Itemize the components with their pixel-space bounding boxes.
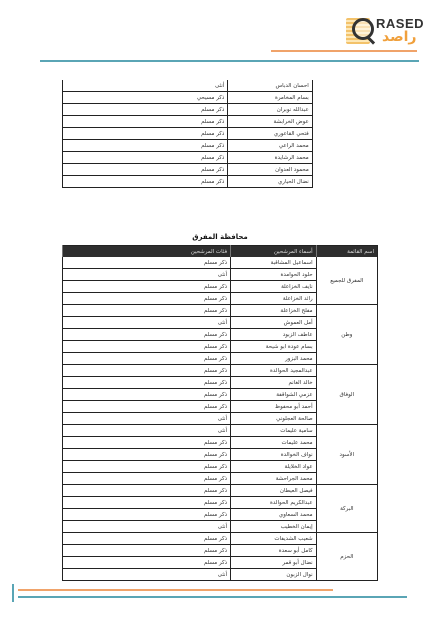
list-name: المفرق للجميع [316,257,377,305]
candidate-category: أنثى [63,269,231,281]
candidate-category: ذكر مسلم [63,164,228,176]
candidate-category: ذكر مسلم [63,116,228,128]
candidate-category: ذكر مسلم [63,389,231,401]
candidate-category: أنثى [63,413,231,425]
candidate-name: مفلح الخزاعلة [231,305,317,317]
candidate-category: ذكر مسلم [63,437,231,449]
list-cell [312,80,378,188]
header-name: أسماء المرشحين [231,246,317,258]
candidate-category: ذكر مسلم [63,341,231,353]
header-divider-teal [40,60,419,62]
header-list: اسم القائمة [316,246,377,258]
candidate-category: ذكر مسلم [63,281,231,293]
candidate-name: نضال الحياري [228,176,312,188]
candidate-name: صالحة العجلوني [231,413,317,425]
candidate-category: ذكر مسيحي [63,92,228,104]
candidate-name: نواف الخوالدة [231,449,317,461]
list-name: البركة [316,485,377,533]
candidate-name: أمل العموش [231,317,317,329]
rased-logo: RASED راصد [346,14,434,48]
section-title: محافظة المفرق [62,233,378,241]
candidate-category: أنثى [63,569,231,581]
candidate-category: ذكر مسلم [63,401,231,413]
candidates-table-continued: احسان الدباسأنثىبسام المخامرةذكر مسيحيعب… [62,80,378,188]
candidate-name: محمد الرشايدة [228,152,312,164]
candidate-category: ذكر مسلم [63,152,228,164]
candidate-category: أنثى [63,80,228,92]
candidate-category: ذكر مسلم [63,353,231,365]
candidate-category: ذكر مسلم [63,305,231,317]
list-name: الحزم [316,533,377,581]
candidate-name: شعيب الشديفات [231,533,317,545]
candidate-name: عاطف الزبود [231,329,317,341]
candidate-name: رائد الخزاعلة [231,293,317,305]
candidate-name: إيمان الخطيب [231,521,317,533]
table-header-row: اسم القائمة أسماء المرشحين فئات المرشحين [63,246,378,258]
candidate-category: ذكر مسلم [63,557,231,569]
candidate-name: عوض الخرابشة [228,116,312,128]
candidate-name: عبدالله نوبران [228,104,312,116]
candidate-name: اسماعيل المشاقبة [231,257,317,269]
list-name: الأسود [316,425,377,485]
list-name: الوفاق [316,365,377,425]
candidate-name: سامية عليمات [231,425,317,437]
candidate-category: ذكر مسلم [63,485,231,497]
candidate-name: نايف الخزاعلة [231,281,317,293]
candidate-category: ذكر مسلم [63,545,231,557]
candidate-category: ذكر مسلم [63,176,228,188]
candidate-category: ذكر مسلم [63,377,231,389]
candidate-category: ذكر مسلم [63,104,228,116]
candidate-category: ذكر مسلم [63,473,231,485]
candidate-name: خالد الغانم [231,377,317,389]
footer-divider-orange [18,589,333,591]
mafraq-candidates-table: اسم القائمة أسماء المرشحين فئات المرشحين… [62,245,378,581]
candidate-category: ذكر مسلم [63,449,231,461]
candidate-name: نوال الزبون [231,569,317,581]
candidate-name: محمد عليمات [231,437,317,449]
table-row: الوفاقعبدالمجيد الحوالدةذكر مسلم [63,365,378,377]
header-category: فئات المرشحين [63,246,231,258]
table-row: المفرق للجميعاسماعيل المشاقبةذكر مسلم [63,257,378,269]
candidate-name: محمد الراعي [228,140,312,152]
candidate-category: أنثى [63,317,231,329]
candidate-category: ذكر مسلم [63,140,228,152]
candidate-category: ذكر مسلم [63,293,231,305]
candidate-name: عواد الخلايلة [231,461,317,473]
candidate-category: ذكر مسلم [63,329,231,341]
list-name: وطن [316,305,377,365]
logo-text-ar: راصد [382,29,416,45]
candidate-category: ذكر مسلم [63,365,231,377]
candidate-name: بسام المخامرة [228,92,312,104]
candidate-name: عبدالمجيد الحوالدة [231,365,317,377]
candidate-category: أنثى [63,425,231,437]
magnifier-icon [352,18,374,40]
table-row: وطنمفلح الخزاعلةذكر مسلم [63,305,378,317]
candidate-category: ذكر مسلم [63,509,231,521]
candidate-category: ذكر مسلم [63,128,228,140]
candidate-name: فيصل العيطان [231,485,317,497]
candidate-name: كامل أبو سعدة [231,545,317,557]
candidate-name: حلود الحوامدة [231,269,317,281]
candidate-name: محمد الجراحشة [231,473,317,485]
candidate-category: أنثى [63,521,231,533]
table-row: البركةفيصل العيطانذكر مسلم [63,485,378,497]
footer-divider-teal [18,596,407,598]
candidate-name: أحمد أبو محفوظ [231,401,317,413]
footer-accent-bar [12,584,14,602]
candidate-name: نضال أبو قمر [231,557,317,569]
candidate-name: محمود العدوان [228,164,312,176]
candidate-name: عبدالكريم الحوالدة [231,497,317,509]
table-row: الأسودسامية عليماتأنثى [63,425,378,437]
table-row: احسان الدباسأنثى [63,80,379,92]
candidate-category: ذكر مسلم [63,533,231,545]
candidate-category: ذكر مسلم [63,257,231,269]
candidate-name: احسان الدباس [228,80,312,92]
candidate-name: محمد السعاوي [231,509,317,521]
candidate-name: محمد البزور [231,353,317,365]
candidate-name: فتحي القاعوري [228,128,312,140]
header-divider-orange [271,50,417,52]
candidate-category: ذكر مسلم [63,497,231,509]
candidate-category: ذكر مسلم [63,461,231,473]
candidate-name: بسام عودة ابو شيحة [231,341,317,353]
table-row: الحزمشعيب الشديفاتذكر مسلم [63,533,378,545]
candidate-name: عزمي الشواقفة [231,389,317,401]
